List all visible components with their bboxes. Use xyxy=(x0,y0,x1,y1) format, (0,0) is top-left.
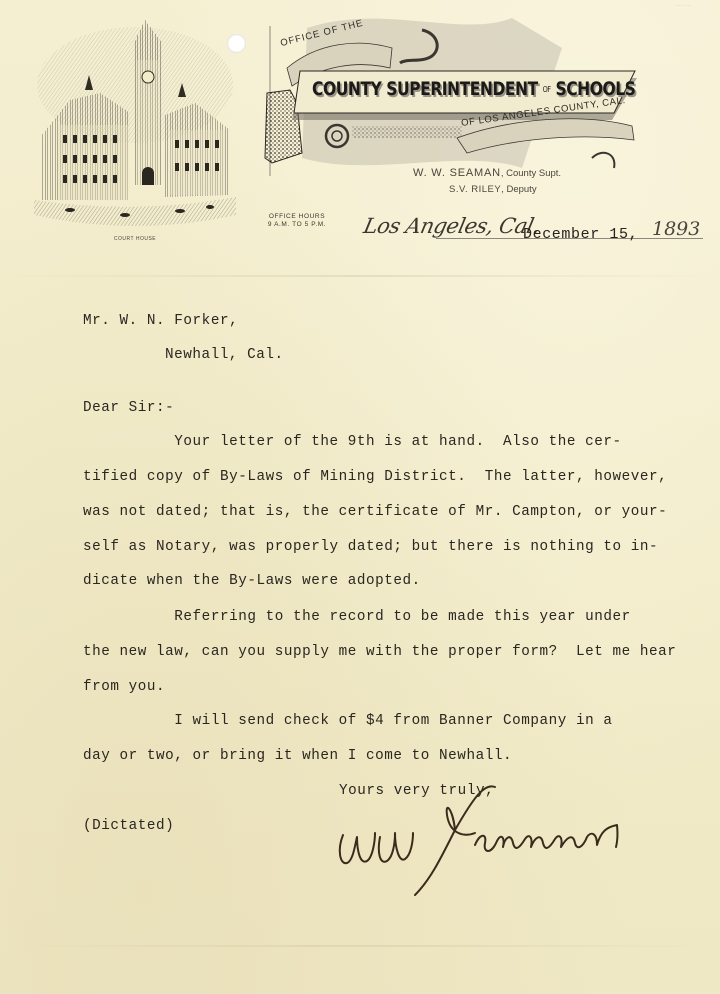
salutation: Dear Sir:- xyxy=(83,400,174,416)
letter-year: 1893 xyxy=(652,218,700,240)
punch-hole xyxy=(227,34,246,53)
body-line: Referring to the record to be made this … xyxy=(83,609,631,625)
letter-date: December 15, xyxy=(523,226,638,243)
officer-superintendent: W. W. SEAMAN, County Supt. xyxy=(413,167,561,179)
body-line: from you. xyxy=(83,679,165,695)
body-line: the new law, can you supply me with the … xyxy=(83,644,676,660)
officer-name: S.V. RILEY xyxy=(449,184,501,195)
body-line: dicate when the By-Laws were adopted. xyxy=(83,573,421,589)
recipient-name: Mr. W. N. Forker, xyxy=(83,313,238,329)
body-line: I will send check of $4 from Banner Comp… xyxy=(83,713,613,729)
printer-imprint: · · · · · · · · xyxy=(675,4,691,8)
body-line: Your letter of the 9th is at hand. Also … xyxy=(83,434,622,450)
paper-fold xyxy=(0,275,720,277)
courthouse-engraving-illustration xyxy=(30,15,240,230)
body-line: tified copy of By-Laws of Mining Distric… xyxy=(83,469,667,485)
body-line: was not dated; that is, the certificate … xyxy=(83,504,667,520)
paper-fold xyxy=(0,945,720,947)
banner-title-of: OF xyxy=(543,85,551,94)
body-line: self as Notary, was properly dated; but … xyxy=(83,539,658,555)
officer-role: , Deputy xyxy=(501,184,536,195)
officer-name: W. W. SEAMAN xyxy=(413,167,501,179)
office-hours-label: OFFICE HOURS xyxy=(262,213,332,221)
office-hours: OFFICE HOURS 9 A.M. TO 5 P.M. xyxy=(262,213,332,229)
place-script: Los Angeles, Cal. xyxy=(361,214,541,238)
banner-title-part1: COUNTY SUPERINTENDENT xyxy=(312,78,538,100)
banner-title: COUNTY SUPERINTENDENT OF SCHOOLS xyxy=(312,78,635,100)
engraving-caption: COURT HOUSE xyxy=(30,236,240,242)
officer-deputy: S.V. RILEY, Deputy xyxy=(449,184,537,195)
office-hours-value: 9 A.M. TO 5 P.M. xyxy=(262,221,332,229)
body-line: day or two, or bring it when I come to N… xyxy=(83,748,512,764)
recipient-place: Newhall, Cal. xyxy=(165,347,284,363)
officer-role: , County Supt. xyxy=(501,168,561,179)
dictated-note: (Dictated) xyxy=(83,818,174,834)
handwritten-signature xyxy=(335,775,635,905)
